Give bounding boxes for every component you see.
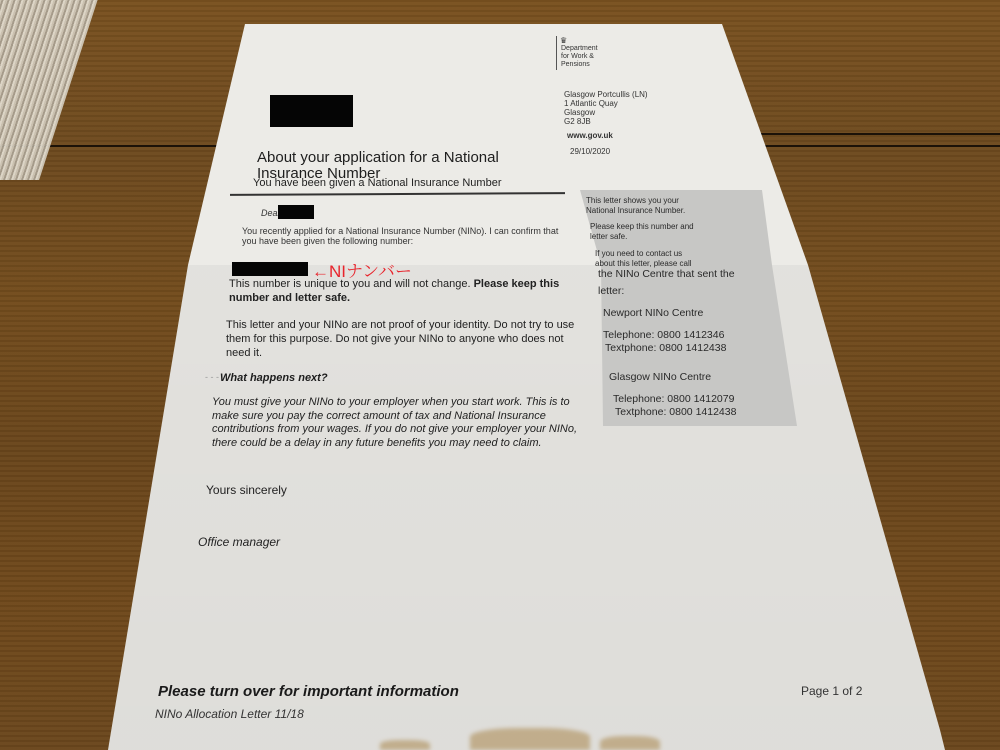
signoff: Yours sincerely [206,483,287,497]
royal-coat-of-arms-icon: ♛ [560,36,567,45]
signatory: Office manager [198,535,280,549]
paper-stain [600,736,660,750]
sidebar-text-3: If you need to contact us about this let… [595,249,692,269]
placemat [0,0,101,180]
turn-over-notice: Please turn over for important informati… [158,683,459,700]
sidebar-text-2: Please keep this number and letter safe. [590,222,694,242]
paper-stain [380,740,430,750]
what-happens-next-paragraph: You must give your NINo to your employer… [212,396,592,450]
redacted-recipient-name [278,205,314,219]
sender-address: Glasgow Portcullis (LN) 1 Atlantic Quay … [564,90,648,126]
page-number: Page 1 of 2 [801,684,862,698]
sidebar-text-1: This letter shows you your National Insu… [586,196,685,216]
intro-paragraph: You recently applied for a National Insu… [242,226,572,246]
redacted-recipient-address [270,95,353,127]
form-code: NINo Allocation Letter 11/18 [155,707,304,721]
redacted-ni-number [232,262,308,276]
sidebar-text-4: the NINo Centre that sent the letter: [598,268,735,298]
newport-centre: Newport NINo Centre Telephone: 0800 1412… [603,307,726,355]
fold-mark: - - - [205,372,219,382]
unique-number-paragraph: This number is unique to you and will no… [229,277,569,305]
paper-stain [470,728,590,750]
what-happens-next-heading: What happens next? [220,372,328,384]
identity-warning-paragraph: This letter and your NINo are not proof … [226,318,586,360]
website: www.gov.uk [567,131,613,140]
department-name: Department for Work & Pensions [561,45,598,69]
table-plank-seam [720,133,1000,135]
letter-date: 29/10/2020 [570,147,610,156]
letter-subtitle: You have been given a National Insurance… [253,177,501,189]
logo-divider [556,36,557,70]
glasgow-centre: Glasgow NINo Centre Telephone: 0800 1412… [609,371,736,419]
